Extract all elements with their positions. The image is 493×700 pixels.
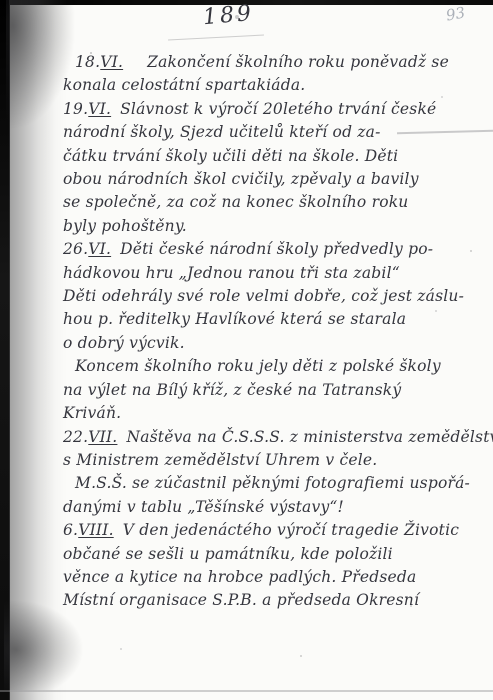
manuscript-line: 19.VI.Slávnost k výročí 20letého trvání …: [63, 98, 469, 121]
manuscript-line: na výlet na Bílý kříž, z české na Tatran…: [63, 379, 469, 402]
manuscript-line: Kriváň.: [63, 402, 469, 425]
manuscript-text: danými v tablu „Těšínské výstavy“!: [63, 498, 344, 516]
entry-date: 18.VI.: [75, 53, 123, 71]
manuscript-text: o dobrý výcvik.: [63, 334, 185, 352]
entry-date: 22.VII.: [63, 428, 117, 446]
scan-line-bottom: [0, 690, 493, 692]
manuscript-text: V den jedenáctého výročí tragedie Životi…: [123, 521, 459, 539]
manuscript-text: s Ministrem zemědělství Uhrem v čele.: [63, 451, 377, 469]
manuscript-line: věnce a kytice na hrobce padlých. Předse…: [63, 566, 469, 589]
manuscript-text: věnce a kytice na hrobce padlých. Předse…: [63, 568, 417, 586]
manuscript-text: národní školy, Sjezd učitelů kteří od za…: [63, 123, 381, 141]
entry-date: 19.VI.: [63, 100, 111, 118]
manuscript-text: byly pohoštěny.: [63, 217, 187, 235]
manuscript-text: hou p. ředitelky Havlíkové která se star…: [63, 310, 406, 328]
manuscript-text: Zakončení školního roku poněvadž se: [147, 53, 449, 71]
manuscript-line: 22.VII.Naštěva na Č.S.S.S. z ministerstv…: [63, 426, 469, 449]
manuscript-text: Děti odehrály své role velmi dobře, což …: [63, 287, 464, 305]
manuscript-text: Koncem školního roku jely děti z polské …: [75, 357, 441, 375]
manuscript-text: čátku trvání školy učili děti na škole. …: [63, 147, 398, 165]
manuscript-line: Děti odehrály své role velmi dobře, což …: [63, 285, 469, 308]
manuscript-text: Místní organisace S.P.B. a předseda Okre…: [63, 591, 419, 609]
manuscript-line: byly pohoštěny.: [63, 215, 469, 238]
manuscript-line: M.S.Š. se zúčastnil pěknými fotografiemi…: [63, 472, 469, 495]
manuscript-line: Koncem školního roku jely děti z polské …: [63, 355, 469, 378]
manuscript-text: Slávnost k výročí 20letého trvání české: [120, 100, 436, 118]
manuscript-body: 18.VI.Zakončení školního roku poněvadž s…: [0, 51, 493, 613]
scanned-chronicle-page: 189 93 18.VI.Zakončení školního roku pon…: [0, 0, 493, 700]
manuscript-line: se společně, za což na konec školního ro…: [63, 191, 469, 214]
manuscript-line: s Ministrem zemědělství Uhrem v čele.: [63, 449, 469, 472]
manuscript-text: M.S.Š. se zúčastnil pěknými fotografiemi…: [75, 474, 470, 492]
manuscript-text: občané se sešli u památníku, kde položil…: [63, 545, 393, 563]
manuscript-text: se společně, za což na konec školního ro…: [63, 193, 409, 211]
page-number: 189: [202, 1, 255, 30]
manuscript-line: 6.VIII.V den jedenáctého výročí tragedie…: [63, 519, 469, 542]
manuscript-line: občané se sešli u památníku, kde položil…: [63, 543, 469, 566]
manuscript-text: na výlet na Bílý kříž, z české na Tatran…: [63, 381, 401, 399]
scan-specks: [0, 0, 2, 2]
manuscript-line: Místní organisace S.P.B. a předseda Okre…: [63, 589, 469, 612]
page-number-underline: [168, 34, 264, 40]
entry-date: 6.VIII.: [63, 521, 114, 539]
manuscript-line: 26.VI.Děti české národní školy předvedly…: [63, 238, 469, 261]
manuscript-line: čátku trvání školy učili děti na škole. …: [63, 145, 469, 168]
manuscript-line: hádkovou hru „Jednou ranou tři sta zabil…: [63, 262, 469, 285]
manuscript-text: obou národních škol cvičily, zpěvaly a b…: [63, 170, 419, 188]
scan-smudge-bottom-left: [4, 600, 84, 690]
manuscript-line: konala celostátní spartakiáda.: [63, 74, 469, 97]
manuscript-text: Děti české národní školy předvedly po-: [120, 240, 433, 258]
manuscript-line: obou národních škol cvičily, zpěvaly a b…: [63, 168, 469, 191]
manuscript-line: o dobrý výcvik.: [63, 332, 469, 355]
manuscript-text: Naštěva na Č.S.S.S. z ministerstva zeměd…: [126, 428, 493, 446]
manuscript-text: Kriváň.: [63, 404, 121, 422]
manuscript-line: danými v tablu „Těšínské výstavy“!: [63, 496, 469, 519]
manuscript-text: konala celostátní spartakiáda.: [63, 76, 305, 94]
entry-date: 26.VI.: [63, 240, 111, 258]
pencil-corner-mark: 93: [445, 3, 467, 24]
manuscript-text: hádkovou hru „Jednou ranou tři sta zabil…: [63, 264, 400, 282]
manuscript-line: hou p. ředitelky Havlíkové která se star…: [63, 308, 469, 331]
manuscript-line: národní školy, Sjezd učitelů kteří od za…: [63, 121, 469, 144]
manuscript-line: 18.VI.Zakončení školního roku poněvadž s…: [63, 51, 469, 74]
